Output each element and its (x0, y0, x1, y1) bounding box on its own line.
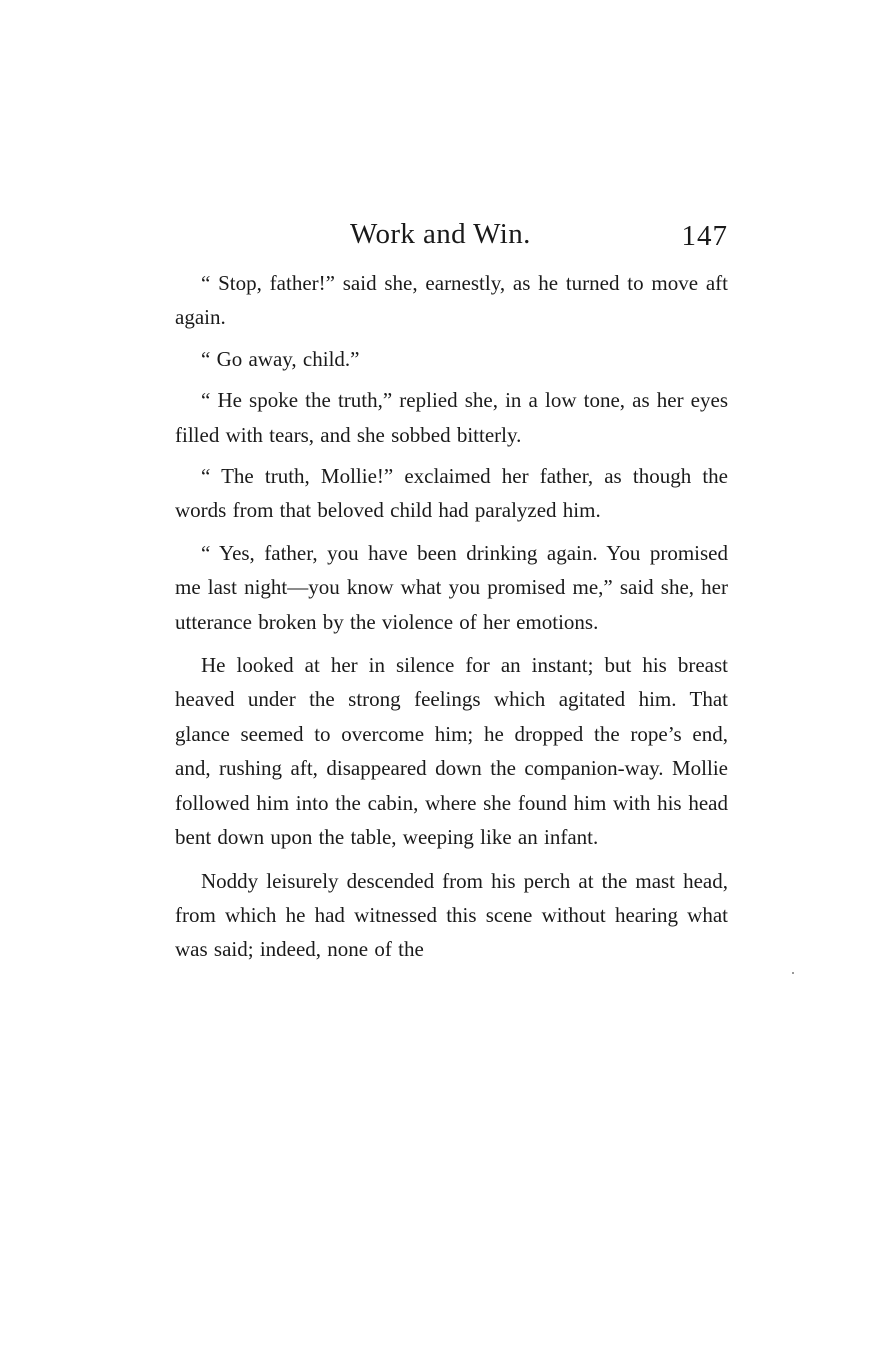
paragraph-spoke-truth: “ He spoke the truth,” replied she, in a… (175, 383, 728, 452)
body-text: “ Stop, father!” said she, earnestly, as… (175, 266, 728, 976)
paragraph-drinking-again: “ Yes, father, you have been drinking ag… (175, 536, 728, 639)
paragraph-looked-at-her: He looked at her in silence for an insta… (175, 648, 728, 854)
scan-speck (792, 972, 794, 974)
running-head: Work and Win. 147 (175, 214, 728, 254)
paragraph-noddy-descended: Noddy leisurely descended from his perch… (175, 864, 728, 967)
paragraph-truth-mollie: “ The truth, Mollie!” exclaimed her fath… (175, 459, 728, 528)
paragraph-stop-father: “ Stop, father!” said she, earnestly, as… (175, 266, 728, 335)
page-number: 147 (682, 216, 729, 256)
running-title: Work and Win. (350, 214, 531, 254)
paragraph-go-away: “ Go away, child.” (175, 342, 728, 376)
